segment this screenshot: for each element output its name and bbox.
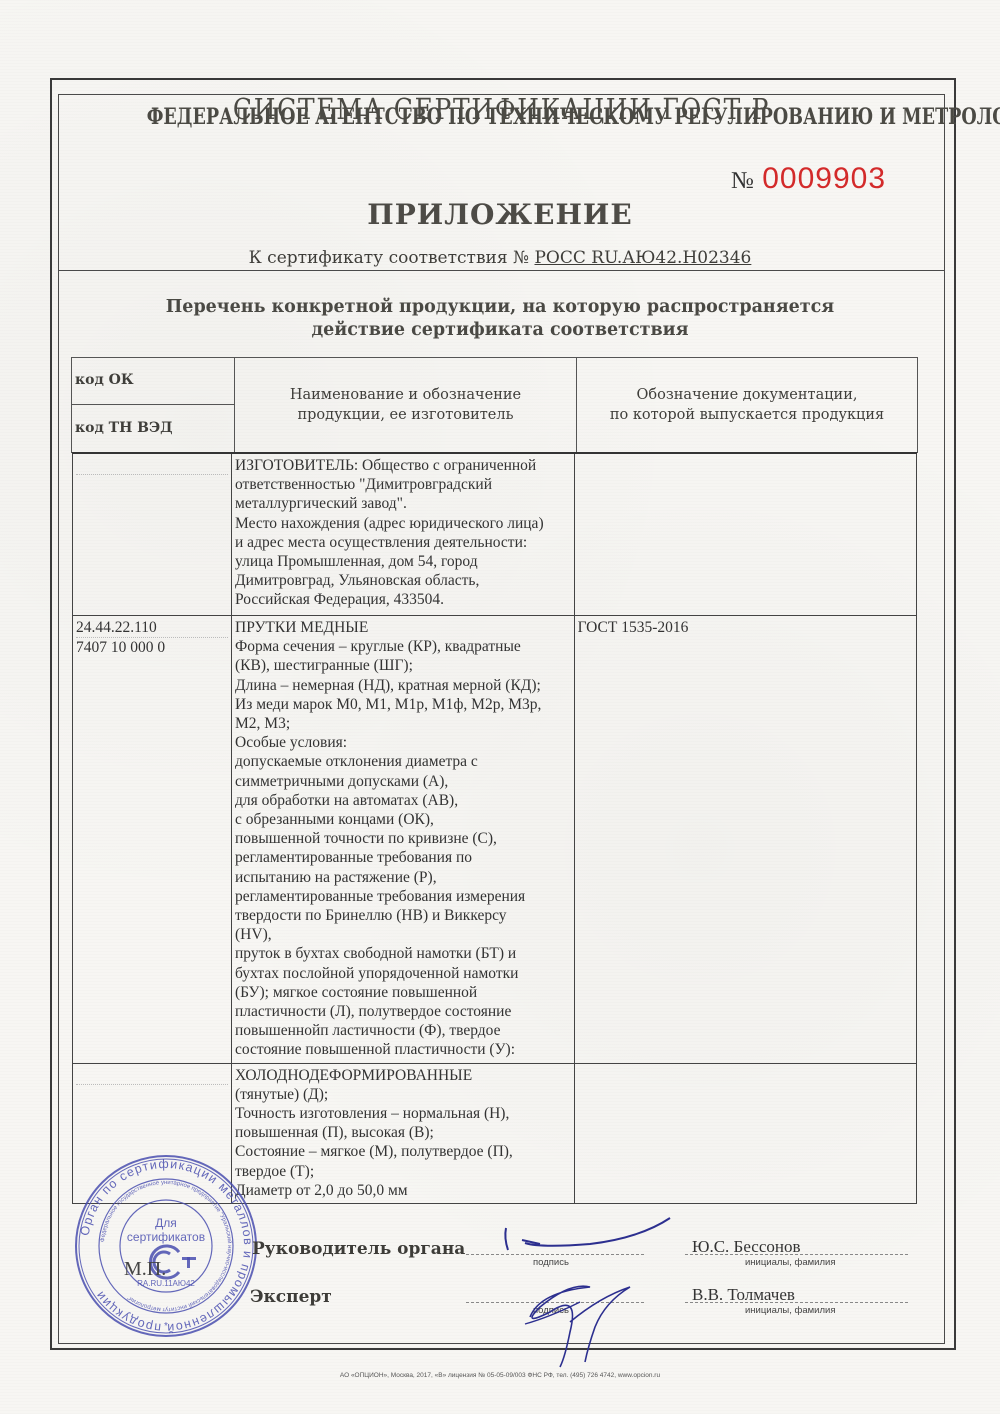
head-name-line <box>685 1254 908 1255</box>
dotted-separator <box>76 474 228 475</box>
text-line: (HV), <box>235 925 571 944</box>
head-name-caption: инициалы, фамилия <box>745 1257 835 1268</box>
svg-text:Для: Для <box>155 1216 177 1230</box>
expert-role-label: Эксперт <box>250 1287 332 1307</box>
text-line: ответственностью "Димитровградский <box>235 475 571 494</box>
text-line: твердое (Т); <box>235 1162 571 1181</box>
text-line: симметричными допусками (А), <box>235 772 571 791</box>
text-line: улица Промышленная, дом 54, город <box>235 552 571 571</box>
header-code-ok: код ОК <box>72 358 235 405</box>
text-line: допускаемые отклонения диаметра с <box>235 752 571 771</box>
table-row-manufacturer: ИЗГОТОВИТЕЛЬ: Общество с ограниченной от… <box>73 453 917 616</box>
table-header: код ОК код ТН ВЭД Наименование и обознач… <box>71 357 918 453</box>
doc-cell <box>574 453 916 616</box>
serial-number: № 0009903 <box>731 162 886 196</box>
table-row-copper-rods: 24.44.22.110 7407 10 000 0 ПРУТКИ МЕДНЫЕ… <box>73 616 917 1064</box>
head-signature-icon <box>500 1210 680 1260</box>
scope-line-2: действие сертификата соответствия <box>0 319 1000 342</box>
header-name-line-1: Наименование и обозначение <box>290 385 521 405</box>
text-line: М2, М3; <box>235 714 571 733</box>
serial-prefix: № <box>731 168 754 194</box>
head-role-label: Руководитель органа <box>252 1239 465 1259</box>
text-line: (тянутые) (Д); <box>235 1085 571 1104</box>
scope-heading: Перечень конкретной продукции, на котору… <box>0 296 1000 342</box>
doc-cell: ГОСТ 1535-2016 <box>574 616 916 1064</box>
text-line: пластичности (Л), полутвердое состояние <box>235 1002 571 1021</box>
cert-ref-label: К сертификату соответствия № <box>249 248 529 268</box>
text-line: Место нахождения (адрес юридического лиц… <box>235 514 571 533</box>
header-product-name: Наименование и обозначение продукции, ее… <box>235 358 577 452</box>
dotted-separator <box>76 1084 228 1085</box>
text-line: (КВ), шестигранные (ШГ); <box>235 656 571 675</box>
text-line: повышенная (П), высокая (В); <box>235 1123 571 1142</box>
text-line: Форма сечения – круглые (КР), квадратные <box>235 637 571 656</box>
text-line: бухтах послойной упорядоченной намотки <box>235 964 571 983</box>
text-line: Особые условия: <box>235 733 571 752</box>
code-cell: 24.44.22.110 7407 10 000 0 <box>73 616 232 1064</box>
text-line: Димитровград, Ульяновская область, <box>235 571 571 590</box>
text-line: (БУ); мягкое состояние повышенной <box>235 983 571 1002</box>
text-line: для обработки на автоматах (АВ), <box>235 791 571 810</box>
serial-value: 0009903 <box>762 162 886 195</box>
certification-body-stamp: Орган по сертификации металлов и промышл… <box>74 1154 258 1338</box>
stamp-icon: Орган по сертификации металлов и промышл… <box>74 1154 258 1338</box>
code-tn-ved-value: 7407 10 000 0 <box>76 638 228 657</box>
text-line: ПРУТКИ МЕДНЫЕ <box>235 618 571 637</box>
expert-name-caption: инициалы, фамилия <box>745 1305 835 1316</box>
agency-title: ФЕДЕРАЛЬНОЕ АГЕНТСТВО ПО ТЕХНИЧЕСКОМУ РЕ… <box>147 104 857 130</box>
header-code-tn-ved-label: код ТН ВЭД <box>75 420 173 436</box>
text-line: регламентированные требования измерения <box>235 887 571 906</box>
text-line: Длина – немерная (НД), кратная мерной (К… <box>235 676 571 695</box>
header-name-line-2: продукции, ее изготовитель <box>290 405 521 425</box>
text-line: пруток в бухтах свободной намотки (БТ) и <box>235 944 571 963</box>
scope-line-1: Перечень конкретной продукции, на котору… <box>0 296 1000 319</box>
header-doc-line-1: Обозначение документации, <box>610 385 884 405</box>
expert-name-line <box>685 1302 908 1303</box>
text-line: повышенной точности по кривизне (С), <box>235 829 571 848</box>
appendix-title: ПРИЛОЖЕНИЕ <box>0 198 1000 231</box>
header-documentation: Обозначение документации, по которой вып… <box>577 358 917 452</box>
svg-text:сертификатов: сертификатов <box>127 1230 205 1244</box>
expert-signature-icon <box>510 1262 660 1372</box>
text-line: твердости по Бринеллю (НВ) и Виккерсу <box>235 906 571 925</box>
svg-text:*: * <box>164 1321 168 1332</box>
text-line: Из меди марок М0, М1, М1р, М1ф, М2р, М3р… <box>235 695 571 714</box>
code-ok-value: 24.44.22.110 <box>76 618 228 638</box>
product-table: ИЗГОТОВИТЕЛЬ: Общество с ограниченной от… <box>72 452 917 1204</box>
text-line: регламентированные требования по <box>235 848 571 867</box>
text-line: ИЗГОТОВИТЕЛЬ: Общество с ограниченной <box>235 456 571 475</box>
name-cell: ПРУТКИ МЕДНЫЕ Форма сечения – круглые (К… <box>232 616 575 1064</box>
text-line: испытанию на растяжение (Р), <box>235 868 571 887</box>
code-cell <box>73 453 232 616</box>
certificate-reference: К сертификату соответствия № РОСС RU.АЮ4… <box>0 248 1000 268</box>
text-line: Российская Федерация, 433504. <box>235 590 571 609</box>
text-line: Диаметр от 2,0 до 50,0 мм <box>235 1181 571 1200</box>
name-cell: ИЗГОТОВИТЕЛЬ: Общество с ограниченной от… <box>232 453 575 616</box>
header-code-ok-label: код ОК <box>75 372 134 388</box>
text-line: металлургический завод". <box>235 494 571 513</box>
header-code-tn-ved: код ТН ВЭД <box>72 405 235 452</box>
text-line: ХОЛОДНОДЕФОРМИРОВАННЫЕ <box>235 1066 571 1085</box>
name-cell: ХОЛОДНОДЕФОРМИРОВАННЫЕ (тянутые) (Д); То… <box>232 1063 575 1203</box>
text-line: Состояние – мягкое (М), полутвердое (П), <box>235 1142 571 1161</box>
text-line: Точность изготовления – нормальная (Н), <box>235 1104 571 1123</box>
text-line: повышеннойп ластичности (Ф), твердое <box>235 1021 571 1040</box>
doc-cell <box>574 1063 916 1203</box>
text-line: с обрезанными концами (ОК), <box>235 810 571 829</box>
seal-label: М.П. <box>124 1258 166 1281</box>
text-line: и адрес места осуществления деятельности… <box>235 533 571 552</box>
cert-number: РОСС RU.АЮ42.Н02346 <box>534 248 751 268</box>
printer-imprint: АО «ОПЦИОН», Москва, 2017, «В» лицензия … <box>0 1372 1000 1379</box>
header-doc-line-2: по которой выпускается продукция <box>610 405 884 425</box>
text-line: состояние повышенной пластичности (У): <box>235 1040 571 1059</box>
